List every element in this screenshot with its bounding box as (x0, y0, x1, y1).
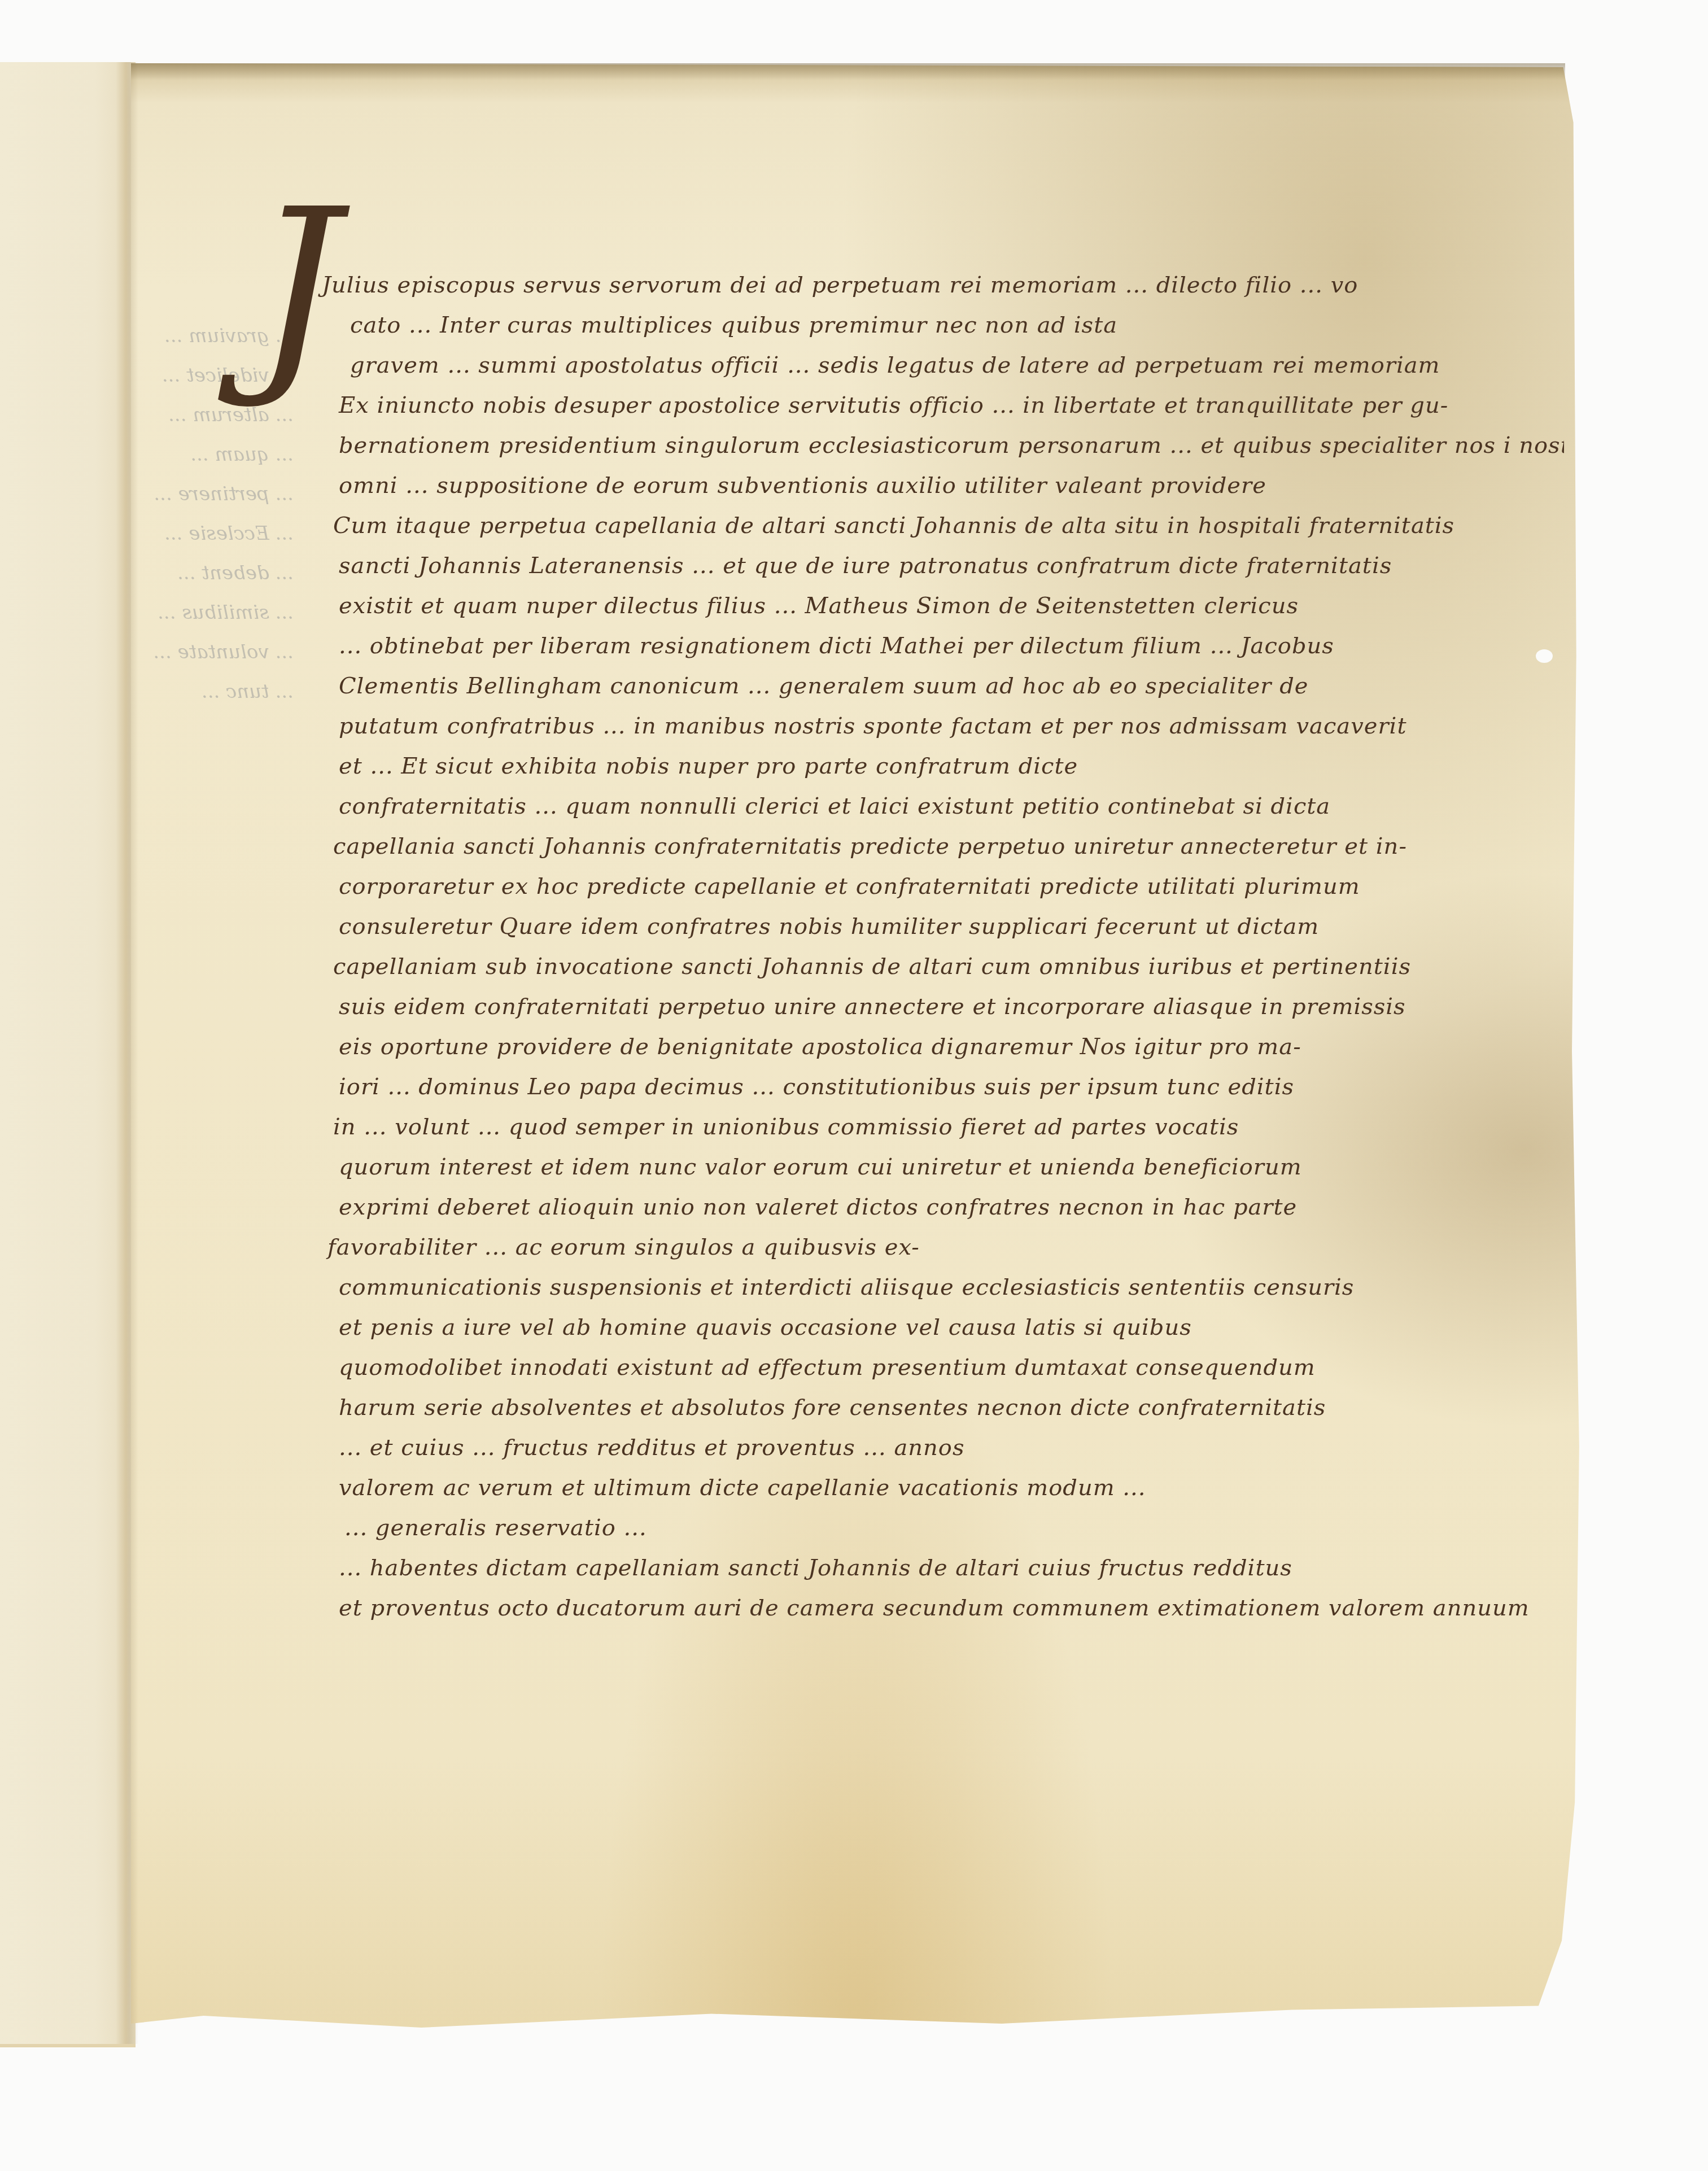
text-line: exprimi deberet alioquin unio non valere… (299, 1187, 1564, 1228)
text-line: Clementis Bellingham canonicum ... gener… (299, 666, 1564, 706)
text-line: et proventus octo ducatorum auri de came… (299, 1588, 1564, 1628)
text-line: Cum itaque perpetua capellania de altari… (299, 506, 1564, 546)
text-line: Ex iniuncto nobis desuper apostolice ser… (299, 386, 1564, 426)
text-line: ... generalis reservatio ... (299, 1508, 1564, 1548)
text-line: capellaniam sub invocatione sancti Johan… (299, 947, 1564, 987)
text-line: omni ... suppositione de eorum subventio… (299, 466, 1564, 506)
text-line: et ... Et sicut exhibita nobis nuper pro… (299, 746, 1564, 787)
bleed-line: ... tunc ... (147, 672, 294, 711)
text-line: ... obtinebat per liberam resignationem … (299, 626, 1564, 666)
text-line: cato ... Inter curas multiplices quibus … (299, 305, 1564, 346)
bleed-line: ... similibus ... (147, 593, 294, 632)
text-line: putatum confratribus ... in manibus nost… (299, 706, 1564, 746)
text-line: in ... volunt ... quod semper in unionib… (299, 1107, 1564, 1147)
text-line: eis oportune providere de benignitate ap… (299, 1027, 1564, 1067)
text-line: consuleretur Quare idem confratres nobis… (299, 907, 1564, 947)
scanned-manuscript: ... gravium ... ... videlicet ... ... al… (0, 0, 1708, 2171)
text-line: suis eidem confraternitati perpetuo unir… (299, 987, 1564, 1027)
text-line: communicationis suspensionis et interdic… (299, 1268, 1564, 1308)
text-line: iori ... dominus Leo papa decimus ... co… (299, 1067, 1564, 1107)
text-line: ... et cuius ... fructus redditus et pro… (299, 1428, 1564, 1468)
text-line: sancti Johannis Lateranensis ... et que … (299, 546, 1564, 586)
manuscript-text-block: Julius episcopus servus servorum dei ad … (299, 265, 1564, 1628)
text-line: valorem ac verum et ultimum dicte capell… (299, 1468, 1564, 1508)
text-line: gravem ... summi apostolatus officii ...… (299, 346, 1564, 386)
bleed-line: ... quam ... (147, 435, 294, 474)
text-line: capellania sancti Johannis confraternita… (299, 827, 1564, 867)
bleed-line: ... pertinere ... (147, 474, 294, 514)
text-line: existit et quam nuper dilectus filius ..… (299, 586, 1564, 626)
text-line: corporaretur ex hoc predicte capellanie … (299, 867, 1564, 907)
bleed-line: ... debent ... (147, 553, 294, 593)
text-line: bernationem presidentium singulorum eccl… (299, 426, 1564, 466)
gutter-fold (116, 62, 138, 2044)
bleed-line: ... Ecclesie ... (147, 514, 294, 553)
text-line: favorabiliter ... ac eorum singulos a qu… (299, 1228, 1564, 1268)
left-blank-leaf (0, 62, 136, 2047)
text-line: Julius episcopus servus servorum dei ad … (299, 265, 1564, 305)
text-line: et penis a iure vel ab homine quavis occ… (299, 1308, 1564, 1348)
bleed-line: ... voluntate ... (147, 632, 294, 672)
text-line: harum serie absolventes et absolutos for… (299, 1388, 1564, 1428)
text-line: quorum interest et idem nunc valor eorum… (299, 1147, 1564, 1187)
text-line: ... habentes dictam capellaniam sancti J… (299, 1548, 1564, 1588)
text-line: quomodolibet innodati existunt ad effect… (299, 1348, 1564, 1388)
folio-top-edge-stain (131, 63, 1565, 80)
text-line: confraternitatis ... quam nonnulli cleri… (299, 787, 1564, 827)
